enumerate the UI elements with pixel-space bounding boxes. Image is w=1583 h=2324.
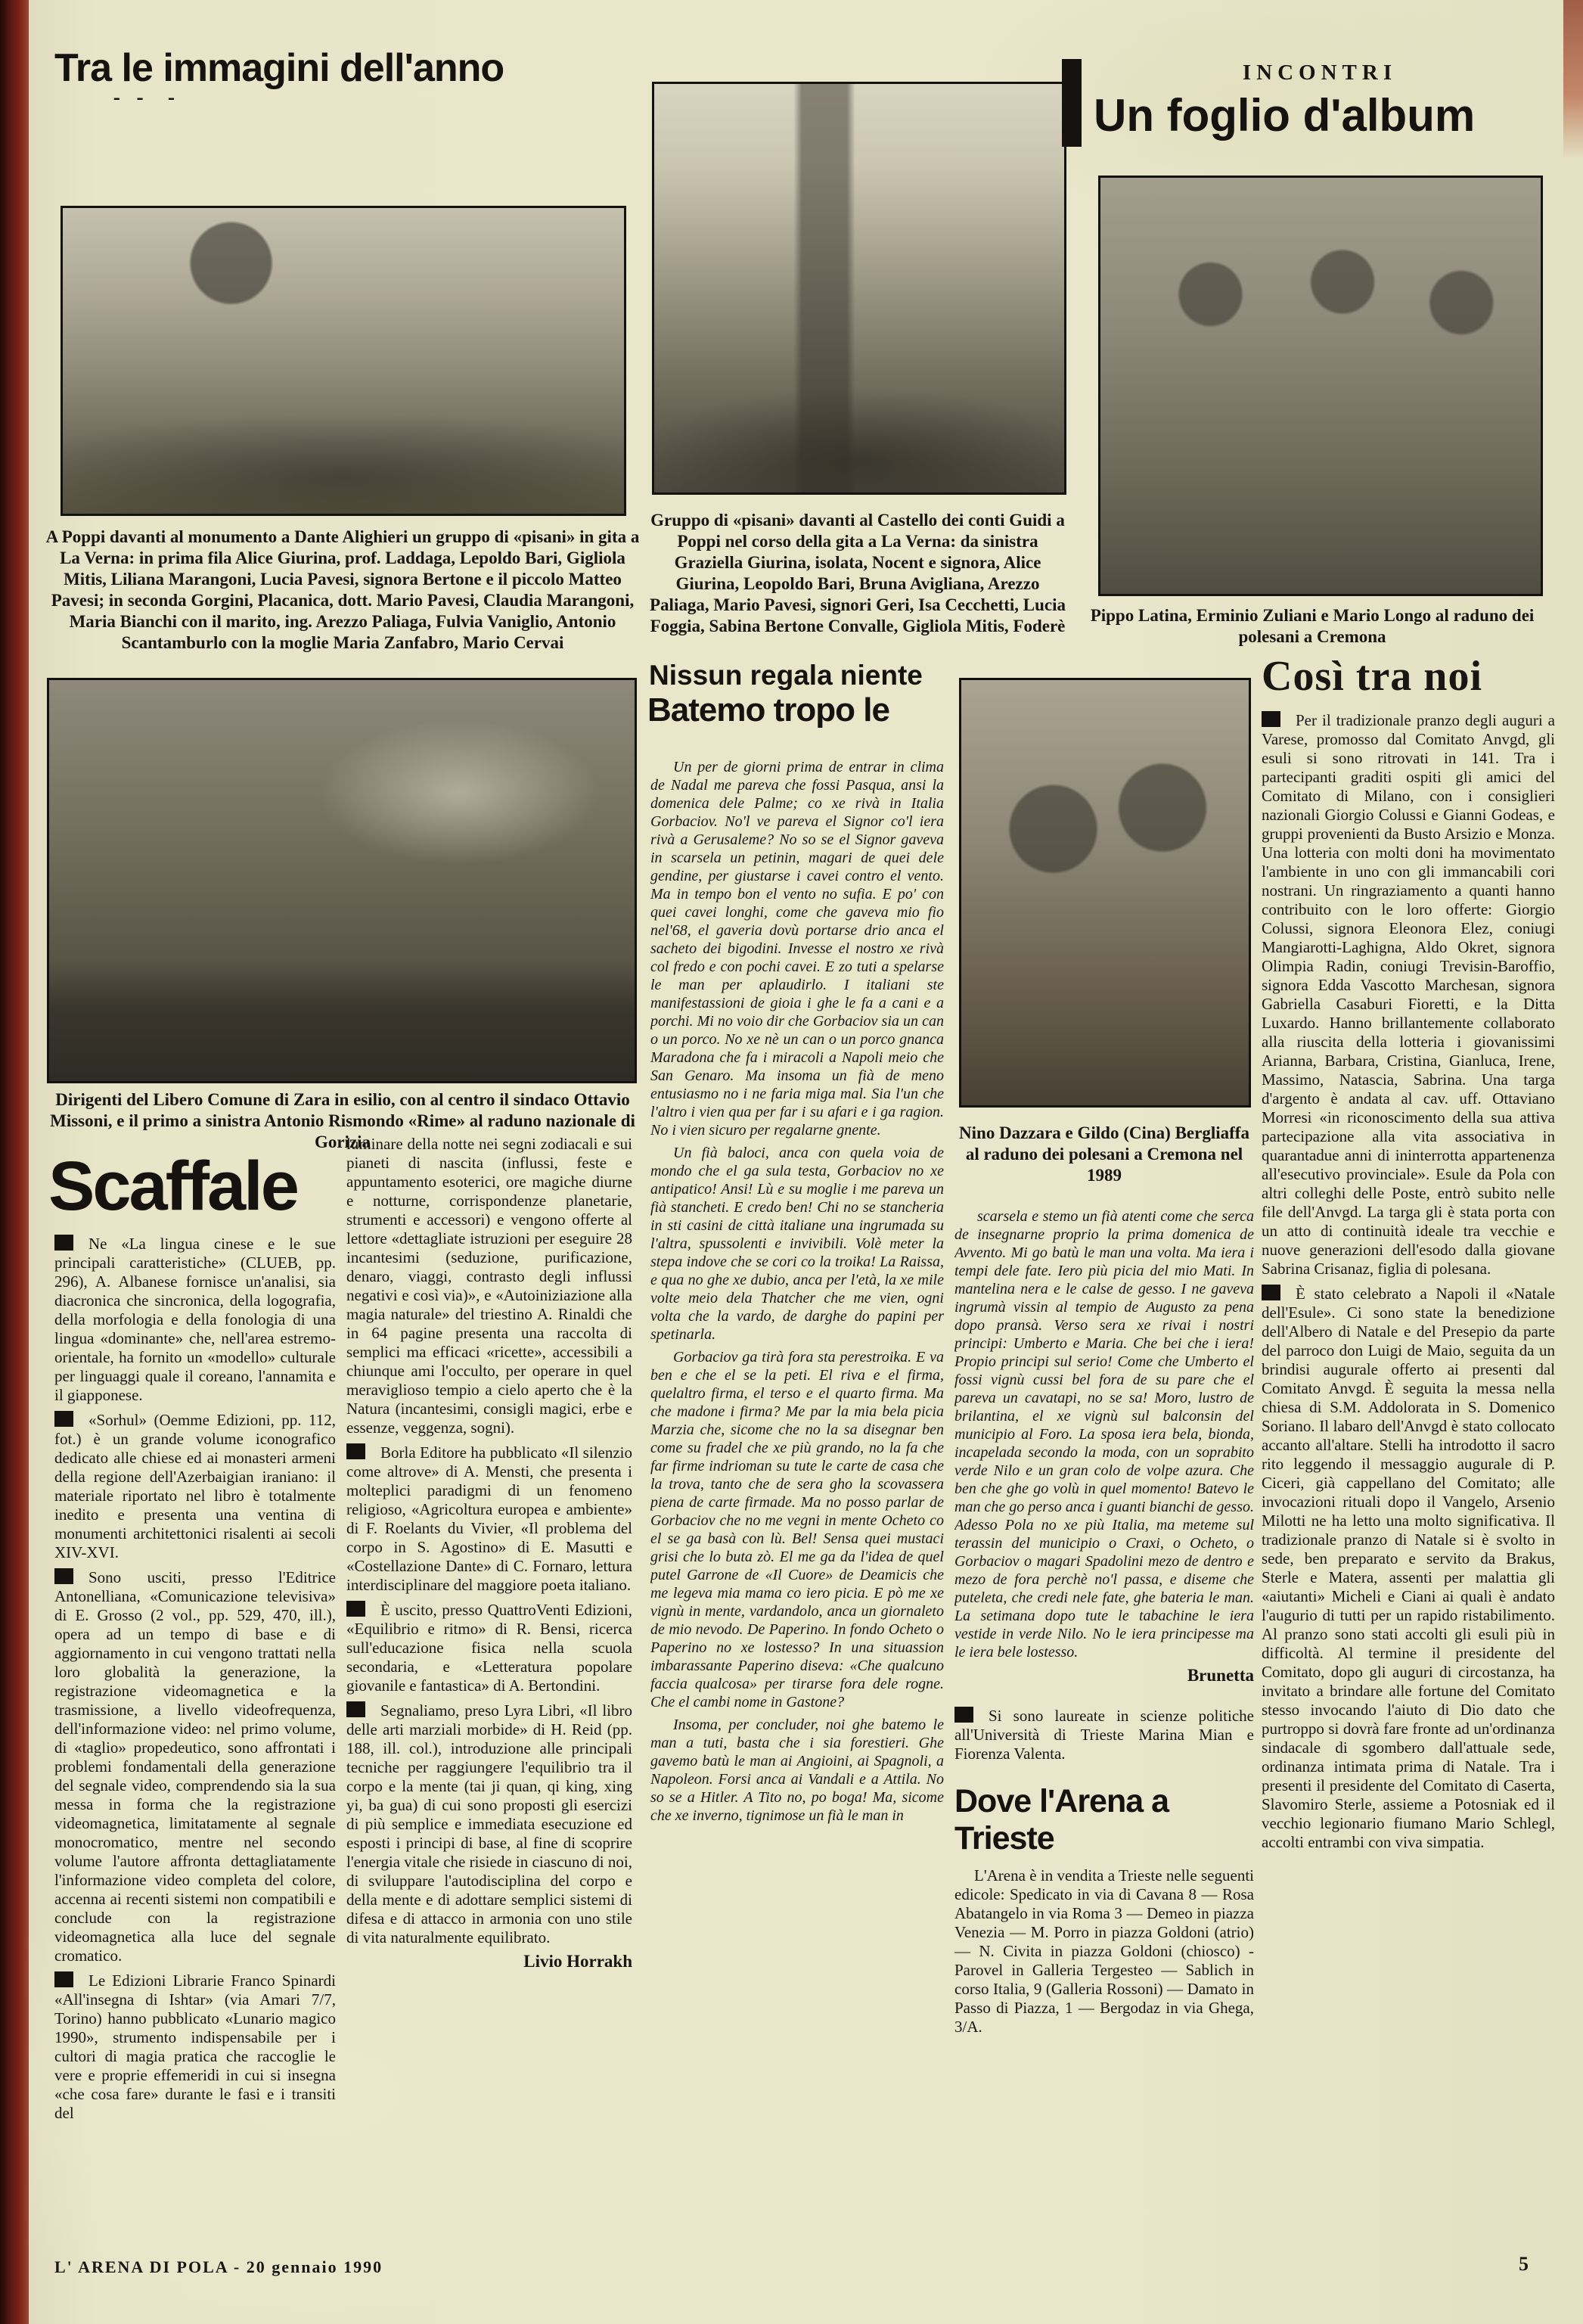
bullet-square-icon [1262,711,1280,727]
bullet-square-icon [54,1411,73,1427]
scan-left-edge [0,0,29,2324]
cosi-item: È stato celebrato a Napoli il «Natale de… [1262,1283,1555,1852]
column-4: scarsela e stemo un fià atenti come che … [954,1207,1254,2263]
bullet-square-icon [54,1971,73,1987]
scaffale-item: Le Edizioni Librarie Franco Spinardi «Al… [54,1970,336,2123]
cosi-item: Per il tradizionale pranzo degli auguri … [1262,710,1555,1279]
bullet-square-icon [346,1601,365,1617]
section-title-cosi-tra-noi: Così tra noi [1262,655,1555,698]
batemo-paragraph: Un per de giorni prima de entrar in clim… [650,758,944,1139]
kicker-nissun-regala: Nissun regala niente [649,660,947,690]
bullet-square-icon [346,1701,365,1717]
scaffale-item: Ne «La lingua cinese e le sue principali… [54,1233,336,1405]
scaffale-item-text: Borla Editore ha pubblicato «Il silenzio… [346,1443,632,1594]
photo-dazzara-bergliaffa [959,678,1251,1108]
laurea-item: Si sono laureate in scienze politiche al… [954,1705,1254,1763]
page-number: 5 [1519,2253,1564,2279]
scan-corner-mark [1563,0,1583,159]
scaffale-item-text: Le Edizioni Librarie Franco Spinardi «Al… [54,1971,336,2122]
section-title-scaffale: Scaffale [48,1147,340,1223]
column-5: Così tra noi Per il tradizionale pranzo … [1262,655,1555,2251]
scaffale-item: Sono usciti, presso l'Editrice Antonelli… [54,1567,336,1965]
headline-anno-archiviato: Tra le immagini dell'anno archiviato [54,45,667,100]
bullet-square-icon [954,1707,973,1723]
scaffale-item: «Sorhul» (Oemme Edizioni, pp. 112, fot.)… [54,1409,336,1562]
photo-poppi-monumento [61,206,626,516]
signature-brunetta: Brunetta [954,1666,1254,1686]
newspaper-page: Tra le immagini dell'anno archiviato A P… [0,0,1583,2324]
headline-rule-bar [1062,59,1082,147]
scaffale-item-text: «Sorhul» (Oemme Edizioni, pp. 112, fot.)… [54,1411,336,1561]
photo-raduno-cremona [1098,176,1543,596]
caption-dazzara-bergliaffa: Nino Dazzara e Gildo (Cina) Bergliaffa a… [951,1123,1257,1197]
kicker-incontri: INCONTRI [1097,61,1543,89]
scaffale-column-1: Ne «La lingua cinese e le sue principali… [54,1233,336,2243]
scaffale-item-text: Sono usciti, presso l'Editrice Antonelli… [54,1568,336,1965]
signature-livio-horrakh: Livio Horrakh [346,1952,632,1971]
scaffale-item-text: Segnaliamo, preso Lyra Libri, «Il libro … [346,1701,632,1947]
dove-arena-body: L'Arena è in vendita a Trieste nelle seg… [954,1866,1254,2037]
bullet-square-icon [1262,1285,1280,1300]
caption-poppi-monumento: A Poppi davanti al monumento a Dante Ali… [42,527,643,669]
batemo-paragraph: Gorbaciov ga tirà fora sta perestroika. … [650,1348,944,1711]
scaffale-item: È uscito, presso QuattroVenti Edizioni, … [346,1599,632,1695]
scaffale-item-text: È uscito, presso QuattroVenti Edizioni, … [346,1601,632,1695]
headline-batemo: Batemo tropo le man [647,691,948,734]
scaffale-item-text: Ne «La lingua cinese e le sue principali… [54,1235,336,1404]
laurea-item-text: Si sono laureate in scienze politiche al… [954,1707,1254,1763]
footer-masthead-date: L' ARENA DI POLA - 20 gennaio 1990 [54,2257,584,2283]
scaffale-item: Borla Editore ha pubblicato «Il silenzio… [346,1442,632,1595]
headline-dove-arena: Dove l'Arena a Trieste [954,1783,1254,1857]
caption-castello-guidi: Gruppo di «pisani» davanti al Castello d… [646,510,1069,661]
batemo-paragraph: Insoma, per concluder, noi ghe batemo le… [650,1716,944,1825]
scaffale-item: Segnaliamo, preso Lyra Libri, «Il libro … [346,1700,632,1947]
batemo-paragraph: Un fià baloci, anca con quela voia de mo… [650,1144,944,1344]
batemo-continuation: scarsela e stemo un fià atenti come che … [954,1207,1254,1661]
scaffale-column-2: luminare della notte nei segni zodiacali… [346,1135,632,2243]
cosi-item-text: È stato celebrato a Napoli il «Natale de… [1262,1285,1555,1851]
bullet-square-icon [54,1235,73,1251]
cosi-item-text: Per il tradizionale pranzo degli auguri … [1262,711,1555,1278]
photo-castello-guidi [652,82,1066,495]
scaffale-continuation: luminare della notte nei segni zodiacali… [346,1135,632,1437]
headline-foglio-album: Un foglio d'album [1094,89,1547,144]
photo-zara-esilio [47,678,637,1083]
bullet-square-icon [346,1443,365,1459]
bullet-square-icon [54,1568,73,1584]
batemo-column-3: Un per de giorni prima de entrar in clim… [650,758,944,2195]
